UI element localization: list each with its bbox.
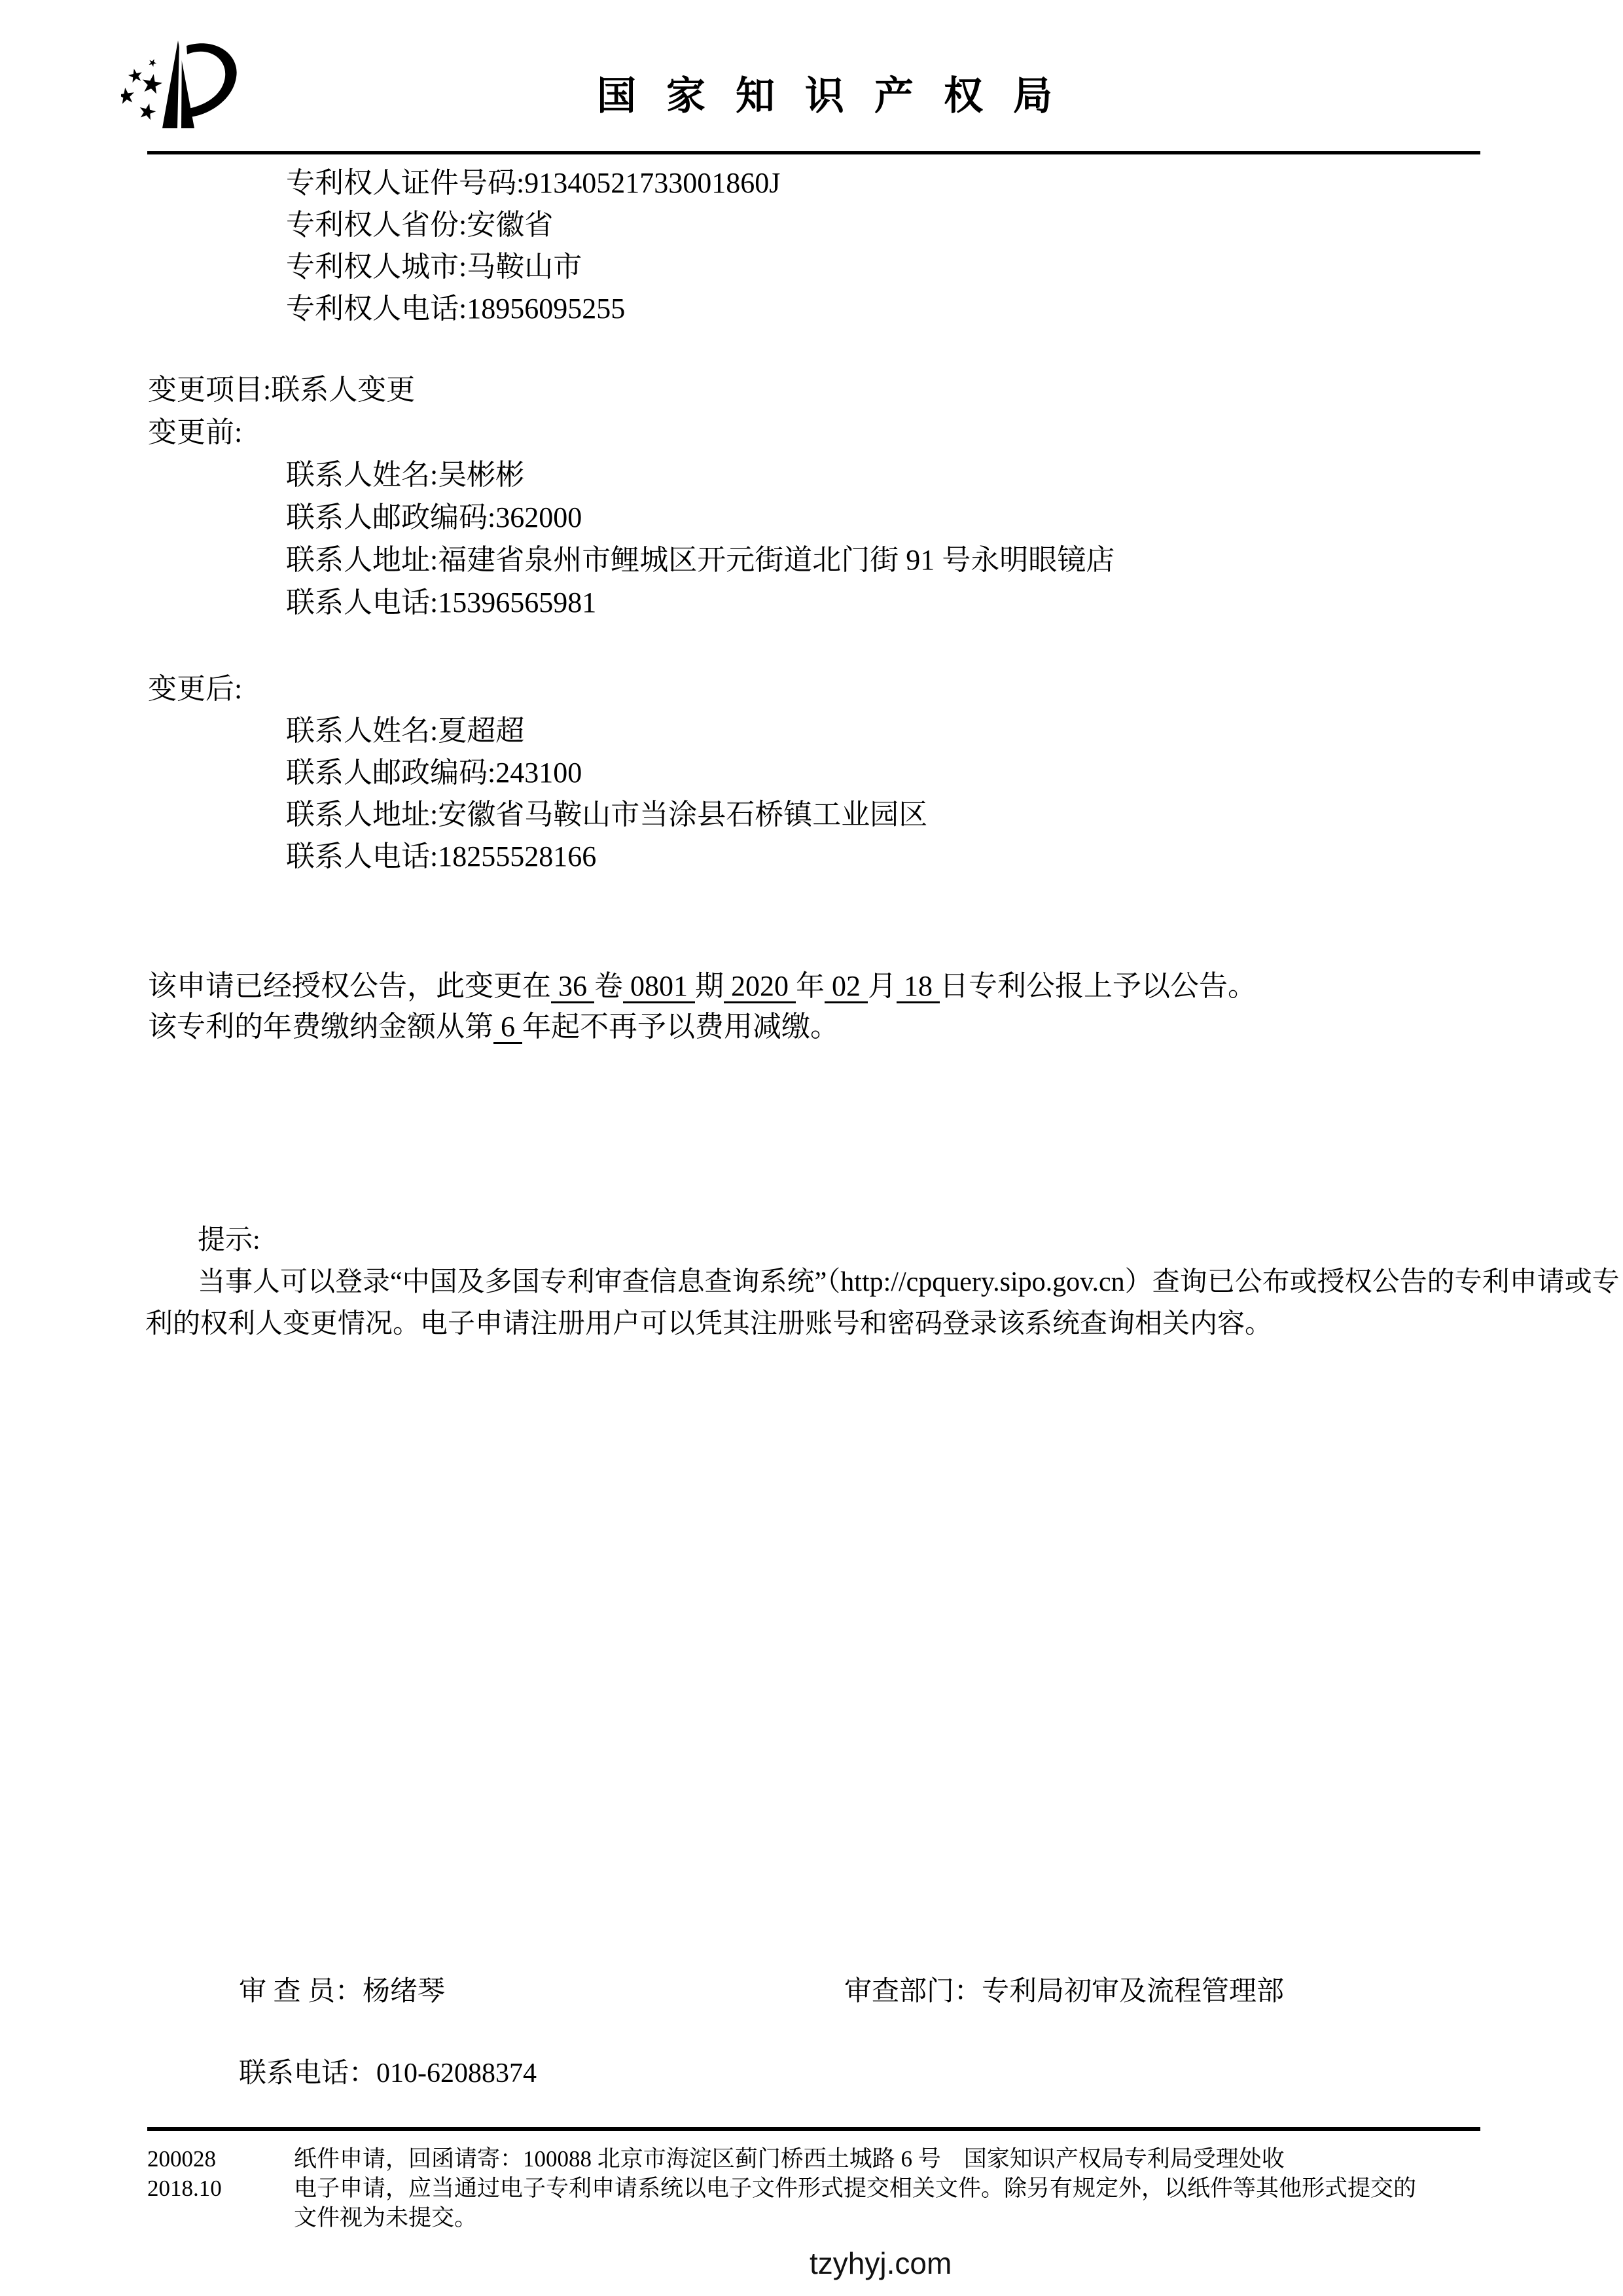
notice-section: 提示: 当事人可以登录“中国及多国专利审查信息查询系统”（http://cpqu… — [145, 1219, 1484, 1345]
examiner-name-group: 审 查 员：杨绪琴 — [239, 1977, 445, 2007]
contact-phone-number: 010-62088374 — [376, 2058, 537, 2089]
gazette-issue-number: 0801 — [623, 970, 695, 1002]
sipo-emblem-logo — [121, 35, 245, 134]
patent-change-notice-page: 国家知识产权局 专利权人证件号码:91340521733001860J 专利权人… — [0, 0, 1623, 2296]
publication-text: 该申请已经授权公告，此变更在 — [148, 970, 551, 1002]
form-date: 2018.10 — [147, 2174, 222, 2203]
notice-line-2: 利的权利人变更情况。电子申请注册用户可以凭其注册账号和密码登录该系统查询相关内容… — [145, 1303, 1484, 1345]
gazette-month: 02 — [825, 970, 868, 1002]
change-section: 变更项目:联系人变更 变更前: 联系人姓名:吴彬彬 联系人邮政编码:362000… — [148, 368, 1115, 624]
header-divider — [147, 151, 1480, 154]
form-code: 200028 — [147, 2144, 222, 2174]
contact-name-after: 联系人姓名:夏超超 — [286, 710, 927, 752]
publication-line-1: 该申请已经授权公告，此变更在 36 卷 0801 期 2020 年 02 月 1… — [148, 966, 1257, 1007]
contact-name-before: 联系人姓名:吴彬彬 — [286, 454, 1115, 496]
contact-address-before: 联系人地址:福建省泉州市鲤城区开元街道北门街 91 号永明眼镜店 — [286, 539, 1115, 581]
examiner-dept-group: 审查部门：专利局初审及流程管理部 — [844, 1978, 1284, 2005]
footer-electronic-filing-line-2: 文件视为未提交。 — [294, 2203, 1416, 2233]
footer-paper-filing-line: 纸件申请，回函请寄：100088 北京市海淀区蓟门桥西土城路 6 号 国家知识产… — [294, 2144, 1416, 2174]
notice-line-1: 当事人可以登录“中国及多国专利审查信息查询系统”（http://cpquery.… — [198, 1261, 1484, 1303]
gazette-day: 18 — [897, 970, 940, 1002]
examiner-name-label: 审 查 员： — [239, 1977, 363, 2007]
contact-address-after: 联系人地址:安徽省马鞍山市当涂县石桥镇工业园区 — [286, 794, 927, 836]
publication-line-2: 该专利的年费缴纳金额从第 6 年起不再予以费用减缴。 — [148, 1007, 1257, 1047]
contact-phone-row: 联系电话：010-62088374 — [239, 2060, 537, 2087]
patentee-phone-line: 专利权人电话:18956095255 — [286, 288, 780, 330]
contact-postcode-after: 联系人邮政编码:243100 — [286, 752, 927, 794]
examiner-dept-label: 审查部门： — [844, 1977, 982, 2007]
gazette-year: 2020 — [724, 970, 796, 1002]
fee-reduction-year: 6 — [493, 1011, 522, 1043]
contact-phone-label: 联系电话： — [239, 2058, 376, 2089]
examiner-dept-name: 专利局初审及流程管理部 — [982, 1977, 1284, 2007]
patentee-info-block: 专利权人证件号码:91340521733001860J 专利权人省份:安徽省 专… — [286, 162, 780, 330]
patentee-province-line: 专利权人省份:安徽省 — [286, 204, 780, 246]
patentee-city-line: 专利权人城市:马鞍山市 — [286, 246, 780, 288]
change-item-line: 变更项目:联系人变更 — [148, 368, 1115, 411]
watermark-url: tzyhyj.com — [810, 2245, 952, 2282]
footer-electronic-filing-line-1: 电子申请，应当通过电子专利申请系统以电子文件形式提交相关文件。除另有规定外，以纸… — [294, 2174, 1416, 2203]
contact-phone-after: 联系人电话:18255528166 — [286, 836, 927, 878]
contact-phone-before: 联系人电话:15396565981 — [286, 581, 1115, 624]
change-before-label: 变更前: — [148, 411, 1115, 454]
contact-postcode-before: 联系人邮政编码:362000 — [286, 496, 1115, 539]
patentee-cert-number-line: 专利权人证件号码:91340521733001860J — [286, 162, 780, 204]
publication-paragraph: 该申请已经授权公告，此变更在 36 卷 0801 期 2020 年 02 月 1… — [148, 966, 1257, 1047]
change-after-label: 变更后: — [148, 668, 927, 710]
change-after-section: 变更后: 联系人姓名:夏超超 联系人邮政编码:243100 联系人地址:安徽省马… — [148, 668, 927, 878]
footer-instructions-column: 纸件申请，回函请寄：100088 北京市海淀区蓟门桥西土城路 6 号 国家知识产… — [294, 2144, 1416, 2233]
notice-title: 提示: — [198, 1219, 1484, 1261]
footer-form-code-column: 200028 2018.10 — [147, 2144, 222, 2203]
footer-divider — [147, 2127, 1480, 2131]
examiner-name: 杨绪琴 — [363, 1977, 445, 2007]
gazette-volume-number: 36 — [551, 970, 594, 1002]
examiner-row: 审 查 员：杨绪琴 审查部门：专利局初审及流程管理部 — [239, 1978, 1482, 2005]
header-title: 国家知识产权局 — [597, 73, 1082, 119]
